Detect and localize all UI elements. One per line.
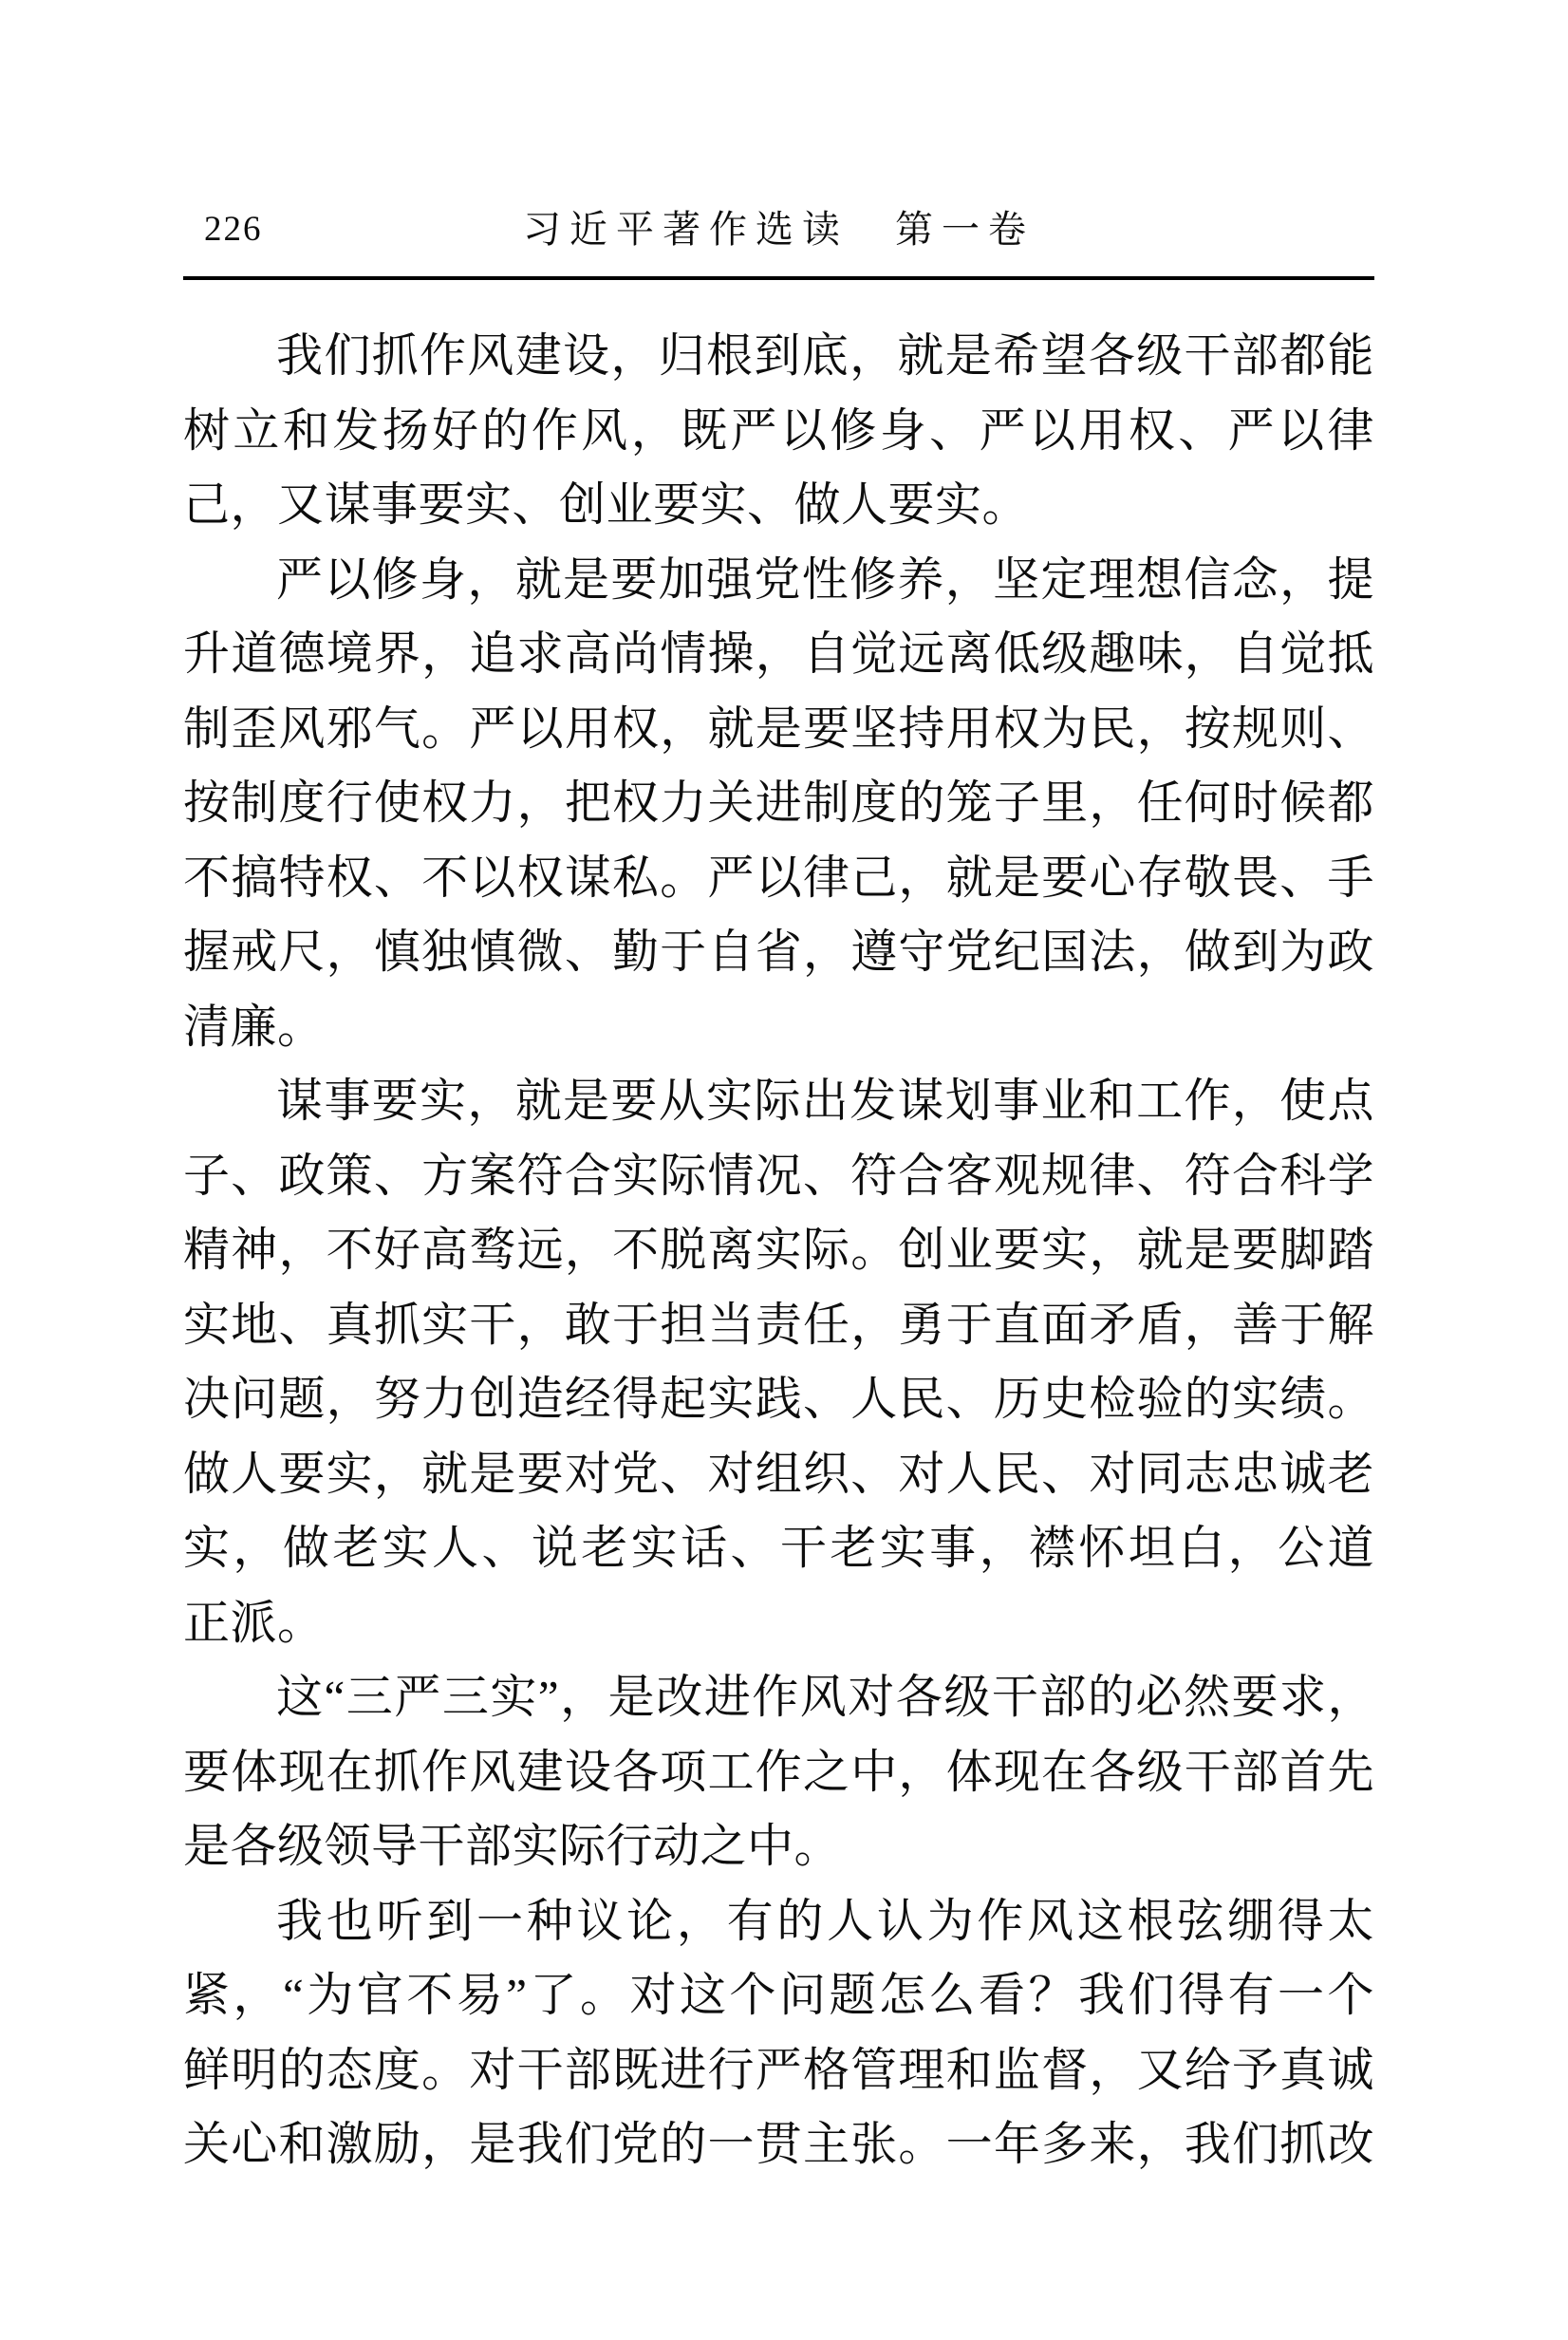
text-line: 按制度行使权力，把权力关进制度的笼子里，任何时候都	[183, 766, 1374, 841]
text-line: 不搞特权、不以权谋私。严以律己，就是要心存敬畏、手	[183, 841, 1374, 916]
book-page: 226 习近平著作选读 第一卷 我们抓作风建设，归根到底，就是希望各级干部都能 …	[0, 0, 1568, 2340]
running-header: 226 习近平著作选读 第一卷	[183, 205, 1374, 254]
text-line: 制歪风邪气。严以用权，就是要坚持用权为民，按规则、	[183, 692, 1374, 767]
paragraph-4: 这“三严三实”，是改进作风对各级干部的必然要求， 要体现在抓作风建设各项工作之中…	[183, 1660, 1374, 1884]
text-line: 紧，“为官不易”了。对这个问题怎么看？我们得有一个	[183, 1958, 1374, 2033]
text-line: 决问题，努力创造经得起实践、人民、历史检验的实绩。	[183, 1362, 1374, 1437]
text-line: 鲜明的态度。对干部既进行严格管理和监督，又给予真诚	[183, 2033, 1374, 2108]
text-line: 己，又谋事要实、创业要实、做人要实。	[183, 468, 1374, 543]
paragraph-1: 我们抓作风建设，归根到底，就是希望各级干部都能 树立和发扬好的作风，既严以修身、…	[183, 319, 1374, 543]
paragraph-3: 谋事要实，就是要从实际出发谋划事业和工作，使点 子、政策、方案符合实际情况、符合…	[183, 1064, 1374, 1660]
text-line: 这“三严三实”，是改进作风对各级干部的必然要求，	[183, 1660, 1374, 1735]
text-line: 升道德境界，追求高尚情操，自觉远离低级趣味，自觉抵	[183, 617, 1374, 692]
text-line: 要体现在抓作风建设各项工作之中，体现在各级干部首先	[183, 1735, 1374, 1810]
text-line: 实，做老实人、说老实话、干老实事，襟怀坦白，公道	[183, 1511, 1374, 1586]
page-number: 226	[204, 205, 263, 254]
text-line: 清廉。	[183, 990, 1374, 1065]
body-text: 我们抓作风建设，归根到底，就是希望各级干部都能 树立和发扬好的作风，既严以修身、…	[183, 319, 1374, 2182]
paragraph-5: 我也听到一种议论，有的人认为作风这根弦绷得太 紧，“为官不易”了。对这个问题怎么…	[183, 1884, 1374, 2182]
text-line: 子、政策、方案符合实际情况、符合客观规律、符合科学	[183, 1139, 1374, 1214]
text-line: 做人要实，就是要对党、对组织、对人民、对同志忠诚老	[183, 1437, 1374, 1512]
text-line: 我们抓作风建设，归根到底，就是希望各级干部都能	[183, 319, 1374, 394]
paragraph-2: 严以修身，就是要加强党性修养，坚定理想信念，提 升道德境界，追求高尚情操，自觉远…	[183, 543, 1374, 1065]
text-line: 谋事要实，就是要从实际出发谋划事业和工作，使点	[183, 1064, 1374, 1139]
text-line: 是各级领导干部实际行动之中。	[183, 1809, 1374, 1884]
running-head-title: 习近平著作选读 第一卷	[183, 205, 1374, 254]
text-line: 握戒尺，慎独慎微、勤于自省，遵守党纪国法，做到为政	[183, 915, 1374, 990]
text-line: 关心和激励，是我们党的一贯主张。一年多来，我们抓改	[183, 2107, 1374, 2182]
text-line: 严以修身，就是要加强党性修养，坚定理想信念，提	[183, 543, 1374, 618]
text-line: 正派。	[183, 1586, 1374, 1661]
text-line: 树立和发扬好的作风，既严以修身、严以用权、严以律	[183, 394, 1374, 469]
text-line: 实地、真抓实干，敢于担当责任，勇于直面矛盾，善于解	[183, 1288, 1374, 1363]
text-line: 精神，不好高骛远，不脱离实际。创业要实，就是要脚踏	[183, 1213, 1374, 1288]
header-rule	[183, 276, 1374, 280]
text-line: 我也听到一种议论，有的人认为作风这根弦绷得太	[183, 1884, 1374, 1959]
